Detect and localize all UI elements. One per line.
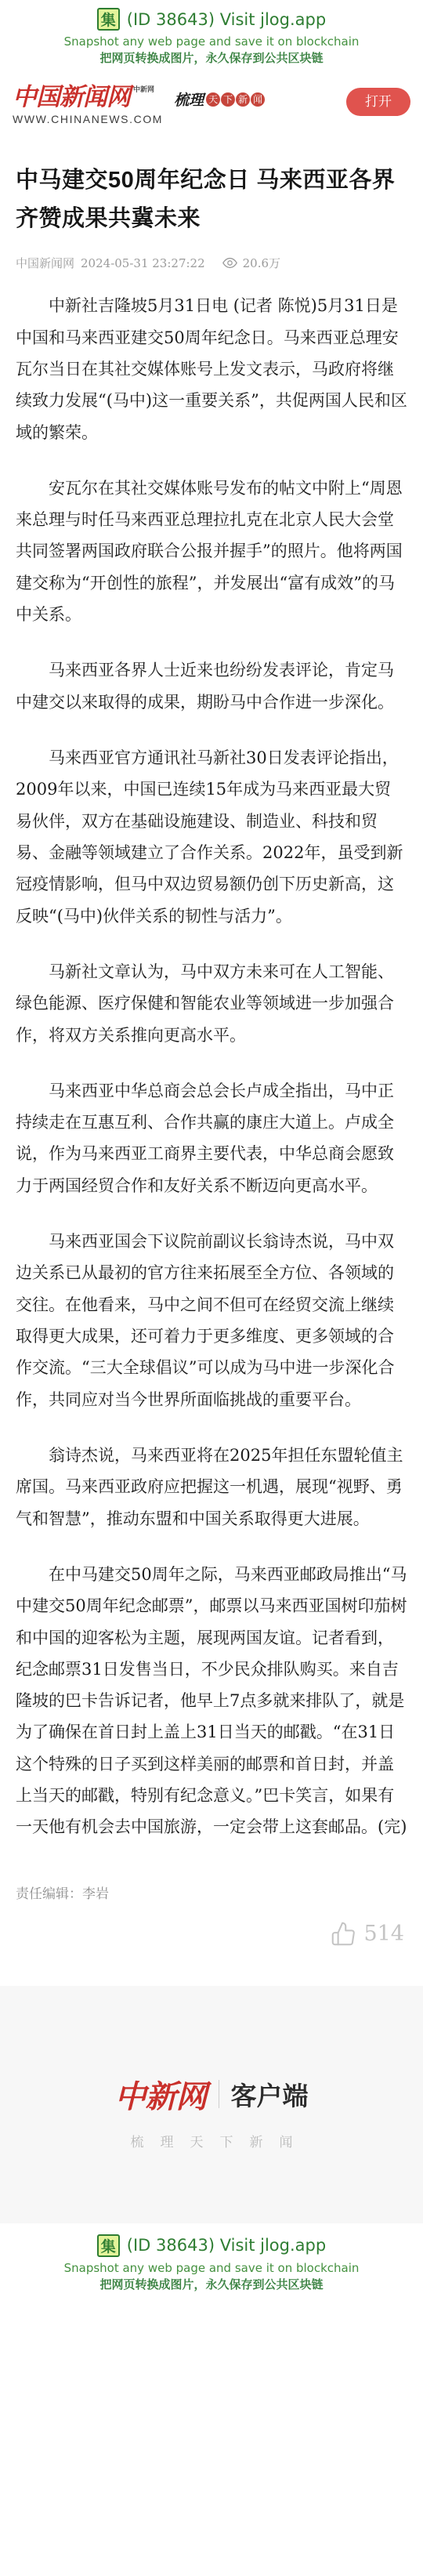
- site-logo[interactable]: 中国新闻网 中新网 WWW.CHINANEWS.COM: [13, 85, 163, 125]
- app-footer: 中新网 客户端 梳理天下新闻: [0, 1986, 423, 2223]
- open-app-button[interactable]: 打开: [346, 88, 410, 116]
- jlog-badge-icon: 集: [97, 8, 120, 31]
- ad-subtitle-zh: 把网页转换成图片，永久保存到公共区块链: [0, 49, 423, 66]
- slogan-circle: 新: [236, 92, 250, 107]
- site-header: 中国新闻网 中新网 WWW.CHINANEWS.COM 梳理 天 下 新 闻 打…: [0, 75, 423, 143]
- paragraph: 马来西亚国会下议院前副议长翁诗杰说，马中双边关系已从最初的官方往来拓展至全方位、…: [16, 1226, 407, 1415]
- paragraph: 在中马建交50周年之际，马来西亚邮政局推出“马中建交50周年纪念邮票”，邮票以马…: [16, 1559, 407, 1843]
- ad-banner-bottom[interactable]: 集 (ID 38643) Visit jlog.app Snapshot any…: [0, 2223, 423, 2300]
- paragraph: 中新社吉隆坡5月31日电 (记者 陈悦)5月31日是中国和马来西亚建交50周年纪…: [16, 290, 407, 448]
- publish-time: 2024-05-31 23:27:22: [81, 256, 205, 270]
- paragraph: 马来西亚各界人士近来也纷纷发表评论，肯定马中建交以来取得的成果，期盼马中合作进一…: [16, 654, 407, 718]
- logo-vertical-text: 中新网: [133, 86, 154, 93]
- views-block: 20.6万: [222, 255, 280, 271]
- jlog-badge-icon: 集: [97, 2234, 120, 2257]
- slogan-circle: 下: [221, 92, 235, 107]
- article-meta: 中国新闻网 2024-05-31 23:27:22 20.6万: [16, 255, 407, 271]
- ad-subtitle-en: Snapshot any web page and save it on blo…: [0, 2261, 423, 2275]
- footer-divider: [219, 2080, 219, 2108]
- ad-banner-top[interactable]: 集 (ID 38643) Visit jlog.app Snapshot any…: [0, 0, 423, 75]
- ad-title-link[interactable]: (ID 38643) Visit jlog.app: [127, 10, 326, 29]
- ad-subtitle-zh: 把网页转换成图片，永久保存到公共区块链: [0, 2276, 423, 2292]
- article-body: 中新社吉隆坡5月31日电 (记者 陈悦)5月31日是中国和马来西亚建交50周年纪…: [16, 290, 407, 1842]
- slogan-prefix-text: 梳理: [174, 89, 204, 110]
- ad-title-link[interactable]: (ID 38643) Visit jlog.app: [127, 2236, 326, 2255]
- footer-logo: 中新网 客户端: [115, 2072, 309, 2117]
- article-title: 中马建交50周年纪念日 马来西亚各界齐赞成果共冀未来: [16, 161, 407, 240]
- footer-slogan: 梳理天下新闻: [114, 2131, 309, 2150]
- paragraph: 马来西亚官方通讯社马新社30日发表评论指出，2009年以来，中国已连续15年成为…: [16, 742, 407, 932]
- slogan-circle: 闻: [251, 92, 265, 107]
- site-logo-text: 中国新闻网: [13, 85, 130, 111]
- slogan-circle: 天: [206, 92, 220, 107]
- source-name: 中国新闻网: [16, 255, 74, 271]
- paragraph: 安瓦尔在其社交媒体账号发布的帖文中附上“周恩来总理与时任马来西亚总理拉扎克在北京…: [16, 473, 407, 631]
- ad-subtitle-en: Snapshot any web page and save it on blo…: [0, 34, 423, 49]
- editor-line: 责任编辑：李岩: [16, 1882, 407, 1902]
- thumbs-up-icon: [331, 1921, 356, 1947]
- header-slogan: 梳理 天 下 新 闻: [174, 89, 265, 110]
- eye-icon: [222, 257, 237, 269]
- paragraph: 翁诗杰说，马来西亚将在2025年担任东盟轮值主席国。马来西亚政府应把握这一机遇，…: [16, 1440, 407, 1534]
- like-button[interactable]: 514: [19, 1921, 404, 1947]
- like-count: 514: [363, 1922, 404, 1946]
- footer-logo-client-text: 客户端: [231, 2076, 309, 2113]
- footer-logo-text: 中新网: [115, 2072, 207, 2117]
- logo-domain: WWW.CHINANEWS.COM: [13, 113, 163, 125]
- paragraph: 马来西亚中华总商会总会长卢成全指出，马中正持续走在互惠互利、合作共赢的康庄大道上…: [16, 1075, 407, 1201]
- views-count: 20.6万: [243, 255, 280, 271]
- paragraph: 马新社文章认为，马中双方未来可在人工智能、绿色能源、医疗保健和智能农业等领域进一…: [16, 956, 407, 1051]
